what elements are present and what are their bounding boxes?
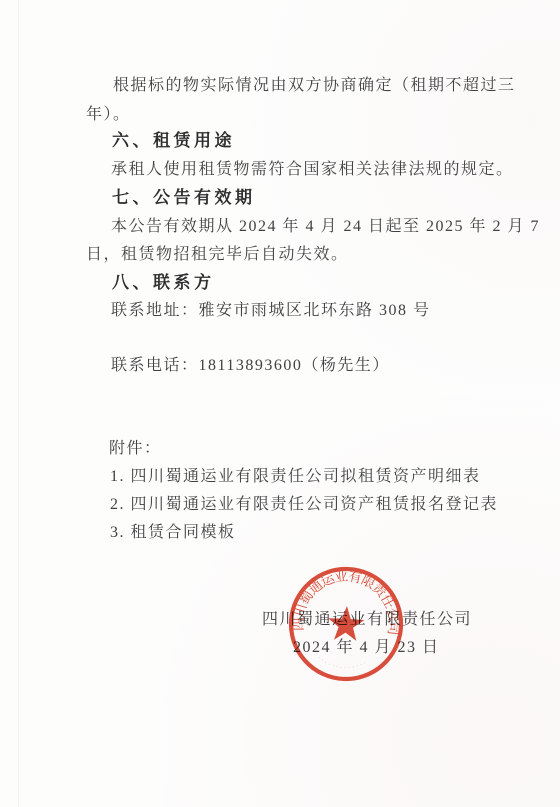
attachment-item-3: 3. 租赁合同模板 (110, 523, 236, 543)
clause-term-line1: 根据标的物实际情况由双方协商确定（租期不超过三 (113, 76, 516, 96)
seal-star-icon (327, 605, 365, 641)
company-seal: 四川蜀通运业有限责任公司 · · · · · · · · · · · · · (283, 561, 409, 687)
scan-fold-line (18, 0, 19, 807)
section7-body-line1: 本公告有效期从 2024 年 4 月 24 日起至 2025 年 2 月 7 (111, 217, 540, 237)
section6-heading: 六、租赁用途 (112, 131, 235, 151)
clause-term-line2: 年）。 (86, 105, 131, 125)
section6-body: 承租人使用租赁物需符合国家相关法律法规的规定。 (111, 160, 514, 180)
section7-body-line2: 日，租赁物招租完毕后自动失效。 (86, 245, 349, 265)
section8-heading: 八、联系方 (112, 273, 215, 293)
attachments-label: 附件： (109, 439, 162, 459)
contact-address: 联系地址：雅安市雨城区北环东路 308 号 (111, 301, 431, 321)
attachment-item-1: 1. 四川蜀通运业有限责任公司拟租赁资产明细表 (110, 467, 481, 487)
seal-code-marks: · · · · · · · · · · · · · (316, 655, 368, 673)
document-page: 根据标的物实际情况由双方协商确定（租期不超过三 年）。 六、租赁用途 承租人使用… (0, 0, 560, 807)
attachment-item-2: 2. 四川蜀通运业有限责任公司资产租赁报名登记表 (110, 495, 498, 515)
contact-phone: 联系电话：18113893600（杨先生） (111, 356, 390, 376)
section7-heading: 七、公告有效期 (112, 188, 256, 208)
